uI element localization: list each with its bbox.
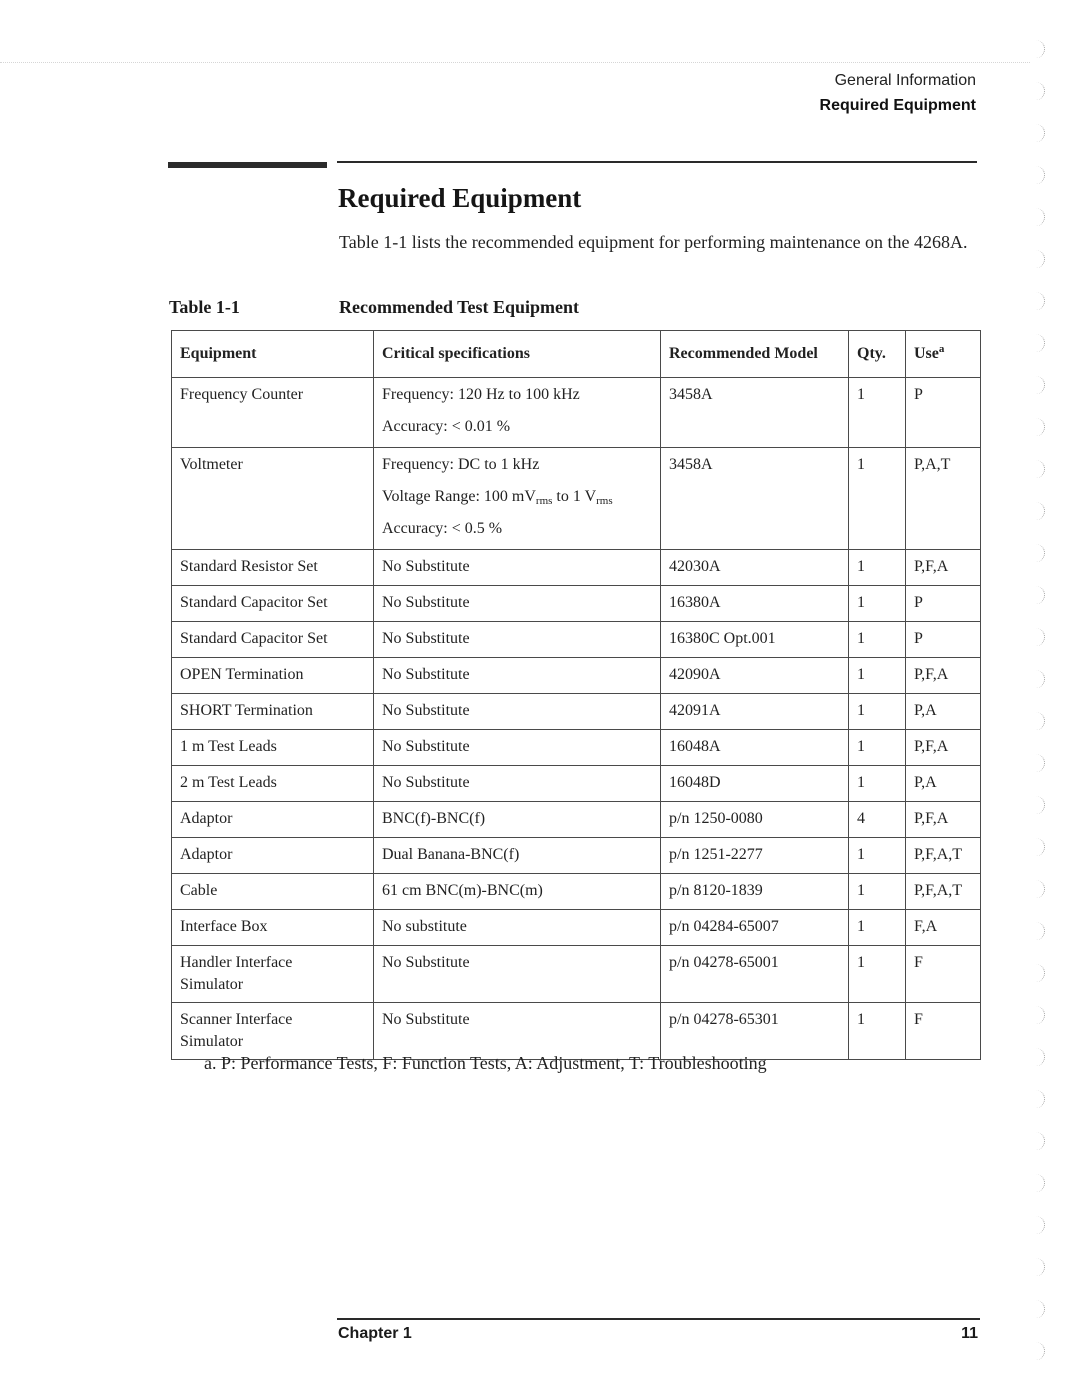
table-row: Scanner InterfaceSimulatorNo Substitutep… <box>172 1003 981 1060</box>
table-header-row: Equipment Critical specifications Recomm… <box>172 331 981 378</box>
table-row: AdaptorBNC(f)-BNC(f)p/n 1250-00804P,F,A <box>172 802 981 838</box>
cell-qty: 4 <box>849 802 906 838</box>
cell-use: P <box>906 586 981 622</box>
binding-hole-mark <box>1036 1048 1045 1066</box>
cell-model: 3458A <box>661 378 849 448</box>
binding-hole-mark <box>1036 460 1045 478</box>
cell-equipment: Scanner InterfaceSimulator <box>172 1003 374 1060</box>
cell-equipment: 1 m Test Leads <box>172 730 374 766</box>
binding-hole-mark <box>1036 712 1045 730</box>
table-row: Standard Capacitor SetNo Substitute16380… <box>172 622 981 658</box>
table-row: Standard Resistor SetNo Substitute42030A… <box>172 550 981 586</box>
cell-model: p/n 04278-65001 <box>661 946 849 1003</box>
cell-equipment: 2 m Test Leads <box>172 766 374 802</box>
binding-hole-mark <box>1036 964 1045 982</box>
spec-line: Frequency: DC to 1 kHz <box>382 449 652 481</box>
cell-equipment: Frequency Counter <box>172 378 374 448</box>
binding-hole-mark <box>1036 586 1045 604</box>
cell-qty: 1 <box>849 1003 906 1060</box>
header-use-label: Use <box>914 345 939 362</box>
cell-use: P,F,A <box>906 658 981 694</box>
binding-hole-mark <box>1036 544 1045 562</box>
cell-qty: 1 <box>849 838 906 874</box>
section-rule <box>337 161 977 163</box>
cell-equipment: SHORT Termination <box>172 694 374 730</box>
footer-rule <box>337 1318 980 1320</box>
cell-equipment: Handler InterfaceSimulator <box>172 946 374 1003</box>
cell-use: P <box>906 622 981 658</box>
binding-hole-mark <box>1036 922 1045 940</box>
header-model: Recommended Model <box>661 331 849 378</box>
table-caption-title: Recommended Test Equipment <box>339 297 579 318</box>
cell-qty: 1 <box>849 658 906 694</box>
table-row: VoltmeterFrequency: DC to 1 kHzVoltage R… <box>172 448 981 550</box>
header-use: Usea <box>906 331 981 378</box>
binding-hole-mark <box>1036 1300 1045 1318</box>
cell-specs: No Substitute <box>374 694 661 730</box>
cell-equipment: Standard Capacitor Set <box>172 622 374 658</box>
section-bar <box>168 162 327 168</box>
spec-line: Frequency: 120 Hz to 100 kHz <box>382 379 652 411</box>
table-body: Frequency CounterFrequency: 120 Hz to 10… <box>172 378 981 1060</box>
binding-hole-mark <box>1036 1216 1045 1234</box>
cell-model: p/n 1250-0080 <box>661 802 849 838</box>
binding-hole-mark <box>1036 796 1045 814</box>
cell-specs: No Substitute <box>374 1003 661 1060</box>
table-row: SHORT TerminationNo Substitute42091A1P,A <box>172 694 981 730</box>
cell-specs: No Substitute <box>374 586 661 622</box>
running-head-section: General Information <box>820 68 976 93</box>
cell-specs: No Substitute <box>374 766 661 802</box>
table-row: OPEN TerminationNo Substitute42090A1P,F,… <box>172 658 981 694</box>
footnote-mark: a <box>939 343 945 355</box>
cell-qty: 1 <box>849 694 906 730</box>
cell-equipment: Adaptor <box>172 802 374 838</box>
page-title: Required Equipment <box>338 183 581 214</box>
binding-hole-mark <box>1036 166 1045 184</box>
cell-use: P <box>906 378 981 448</box>
header-qty: Qty. <box>849 331 906 378</box>
header-equipment: Equipment <box>172 331 374 378</box>
binding-hole-mark <box>1036 838 1045 856</box>
spec-line: Accuracy: < 0.01 % <box>382 411 652 443</box>
cell-specs: Frequency: 120 Hz to 100 kHzAccuracy: < … <box>374 378 661 448</box>
table-row: Frequency CounterFrequency: 120 Hz to 10… <box>172 378 981 448</box>
intro-paragraph: Table 1-1 lists the recommended equipmen… <box>339 228 979 257</box>
cell-model: 42091A <box>661 694 849 730</box>
running-head-subsection: Required Equipment <box>820 93 976 118</box>
cell-use: P,F,A,T <box>906 874 981 910</box>
table-footnote: a. P: Performance Tests, F: Function Tes… <box>204 1053 767 1074</box>
binding-hole-mark <box>1036 754 1045 772</box>
cell-qty: 1 <box>849 448 906 550</box>
cell-use: P,F,A,T <box>906 838 981 874</box>
cell-specs: No Substitute <box>374 550 661 586</box>
table-row: AdaptorDual Banana-BNC(f)p/n 1251-22771P… <box>172 838 981 874</box>
cell-qty: 1 <box>849 622 906 658</box>
binding-hole-mark <box>1036 502 1045 520</box>
cell-specs: No Substitute <box>374 622 661 658</box>
binding-hole-mark <box>1036 418 1045 436</box>
binding-hole-mark <box>1036 1258 1045 1276</box>
binding-hole-mark <box>1036 124 1045 142</box>
table-row: Interface BoxNo substitutep/n 04284-6500… <box>172 910 981 946</box>
cell-use: P,A <box>906 694 981 730</box>
cell-model: 42030A <box>661 550 849 586</box>
binding-hole-mark <box>1036 1342 1045 1360</box>
cell-qty: 1 <box>849 730 906 766</box>
footer-chapter: Chapter 1 <box>338 1325 412 1343</box>
cell-model: 16380C Opt.001 <box>661 622 849 658</box>
binding-hole-mark <box>1036 82 1045 100</box>
binding-hole-mark <box>1036 670 1045 688</box>
cell-use: F <box>906 946 981 1003</box>
cell-use: P,A <box>906 766 981 802</box>
cell-equipment: OPEN Termination <box>172 658 374 694</box>
cell-model: 16048A <box>661 730 849 766</box>
cell-specs: No Substitute <box>374 730 661 766</box>
binding-hole-mark <box>1036 880 1045 898</box>
cell-equipment: Standard Resistor Set <box>172 550 374 586</box>
table-row: 2 m Test LeadsNo Substitute16048D1P,A <box>172 766 981 802</box>
cell-use: P,F,A <box>906 802 981 838</box>
binding-hole-mark <box>1036 376 1045 394</box>
cell-qty: 1 <box>849 766 906 802</box>
cell-qty: 1 <box>849 874 906 910</box>
cell-specs: BNC(f)-BNC(f) <box>374 802 661 838</box>
binding-hole-mark <box>1036 1006 1045 1024</box>
running-head: General Information Required Equipment <box>820 68 976 118</box>
cell-model: p/n 04284-65007 <box>661 910 849 946</box>
binding-hole-mark <box>1036 334 1045 352</box>
cell-equipment: Interface Box <box>172 910 374 946</box>
cell-model: 42090A <box>661 658 849 694</box>
header-specs: Critical specifications <box>374 331 661 378</box>
cell-specs: No Substitute <box>374 946 661 1003</box>
binding-hole-mark <box>1036 1132 1045 1150</box>
binding-hole-mark <box>1036 208 1045 226</box>
cell-specs: No substitute <box>374 910 661 946</box>
scan-dotted-edge <box>0 62 1030 63</box>
cell-use: P,F,A <box>906 730 981 766</box>
cell-model: 3458A <box>661 448 849 550</box>
cell-qty: 1 <box>849 586 906 622</box>
binding-hole-mark <box>1036 40 1045 58</box>
cell-model: p/n 1251-2277 <box>661 838 849 874</box>
cell-qty: 1 <box>849 378 906 448</box>
cell-use: F,A <box>906 910 981 946</box>
table-caption-number: Table 1-1 <box>169 297 240 318</box>
spec-line: Voltage Range: 100 mVrms to 1 Vrms <box>382 481 652 513</box>
cell-equipment: Voltmeter <box>172 448 374 550</box>
cell-specs: 61 cm BNC(m)-BNC(m) <box>374 874 661 910</box>
binding-hole-mark <box>1036 1174 1045 1192</box>
cell-specs: Dual Banana-BNC(f) <box>374 838 661 874</box>
cell-specs: No Substitute <box>374 658 661 694</box>
cell-equipment: Cable <box>172 874 374 910</box>
binding-hole-mark <box>1036 1090 1045 1108</box>
cell-model: p/n 8120-1839 <box>661 874 849 910</box>
cell-model: p/n 04278-65301 <box>661 1003 849 1060</box>
cell-model: 16380A <box>661 586 849 622</box>
table-row: Handler InterfaceSimulatorNo Substitutep… <box>172 946 981 1003</box>
table-row: 1 m Test LeadsNo Substitute16048A1P,F,A <box>172 730 981 766</box>
cell-equipment: Standard Capacitor Set <box>172 586 374 622</box>
page-number: 11 <box>961 1325 978 1343</box>
cell-model: 16048D <box>661 766 849 802</box>
table-row: Cable61 cm BNC(m)-BNC(m)p/n 8120-18391P,… <box>172 874 981 910</box>
cell-use: F <box>906 1003 981 1060</box>
spec-line: Accuracy: < 0.5 % <box>382 513 652 545</box>
binding-hole-mark <box>1036 628 1045 646</box>
binding-hole-mark <box>1036 292 1045 310</box>
table-row: Standard Capacitor SetNo Substitute16380… <box>172 586 981 622</box>
cell-qty: 1 <box>849 550 906 586</box>
cell-equipment: Adaptor <box>172 838 374 874</box>
cell-qty: 1 <box>849 946 906 1003</box>
cell-use: P,F,A <box>906 550 981 586</box>
cell-specs: Frequency: DC to 1 kHzVoltage Range: 100… <box>374 448 661 550</box>
cell-qty: 1 <box>849 910 906 946</box>
cell-use: P,A,T <box>906 448 981 550</box>
equipment-table: Equipment Critical specifications Recomm… <box>171 330 981 1060</box>
binding-hole-mark <box>1036 250 1045 268</box>
